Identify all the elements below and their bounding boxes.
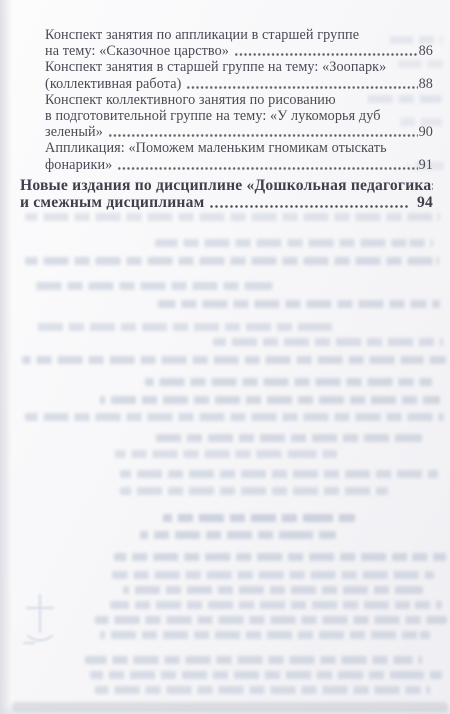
toc-entry-lastline: (коллективная работа) 88 (45, 76, 433, 92)
book-page: Конспект занятия по аппликации в старшей… (0, 0, 450, 714)
ghost-text-line (100, 631, 430, 639)
dotted-leader (186, 76, 417, 92)
page-number: 86 (419, 43, 433, 59)
ghost-text-line (120, 470, 438, 478)
ghost-text-line (155, 239, 433, 247)
toc-entry-text: Конспект занятия по аппликации в старшей… (45, 27, 433, 43)
toc-entry: Аппликация: «Поможем маленьким гномикам … (45, 140, 433, 172)
page-left-edge-shadow (0, 0, 12, 714)
toc-entry-lastline: фонарики» 91 (45, 157, 433, 173)
ghost-text-line (90, 671, 442, 679)
toc-entry-text: (коллективная работа) (45, 76, 181, 92)
ghost-text-line (25, 213, 440, 221)
ghost-text-line (150, 434, 422, 442)
ghost-text-line (22, 356, 446, 364)
toc-entry-lastline: на тему: «Сказочное царство» 86 (45, 43, 433, 59)
page-number: 94 (417, 195, 433, 212)
toc-entry-text: в подготовительной группе на тему: «У лу… (45, 108, 433, 124)
ghost-text-line (123, 586, 423, 594)
ghost-text-line (158, 300, 440, 308)
dotted-leader (108, 124, 418, 140)
ghost-text-line (25, 413, 444, 421)
ghost-text-line (33, 323, 333, 331)
toc-entry-text: Конспект занятия в старшей группе на тем… (45, 59, 433, 75)
ghost-text-line (110, 601, 442, 609)
ghost-text-line (25, 257, 439, 265)
table-of-contents: Конспект занятия по аппликации в старшей… (45, 27, 433, 212)
ghost-text-line (100, 396, 440, 404)
toc-entry-text: Конспект коллективного занятия по рисова… (45, 92, 433, 108)
ghost-text-line (213, 338, 443, 346)
toc-section-heading: Новые издания по дисциплине «Дошкольная … (20, 178, 433, 212)
ghost-text-line (114, 553, 446, 561)
ghost-text-line (115, 450, 337, 458)
ghost-text-line (112, 571, 434, 579)
page-bottom-edge-shadow (0, 706, 450, 714)
toc-section-text: Новые издания по дисциплине «Дошкольная … (20, 178, 433, 195)
ghost-text-line (95, 616, 447, 624)
ghost-text-line (95, 686, 430, 694)
ghost-text-line (85, 656, 422, 664)
toc-entry-text: фонарики» (45, 157, 112, 173)
ghost-text-line (140, 531, 336, 539)
ghost-text-line (163, 514, 355, 522)
dotted-leader (117, 157, 417, 173)
toc-entry: Конспект занятия по аппликации в старшей… (45, 27, 433, 59)
toc-entry-text: на тему: «Сказочное царство» (45, 43, 229, 59)
toc-entry-text: зеленый» (45, 124, 103, 140)
toc-entry: Конспект коллективного занятия по рисова… (45, 92, 433, 141)
dotted-leader (209, 195, 409, 212)
toc-section-text: и смежным дисциплинам (20, 195, 204, 212)
toc-entry-lastline: зеленый» 90 (45, 124, 433, 140)
ghost-text-line (35, 282, 277, 290)
toc-section-lastline: и смежным дисциплинам 94 (20, 195, 433, 212)
page-number: 90 (419, 124, 433, 140)
toc-entry-text: Аппликация: «Поможем маленьким гномикам … (45, 140, 433, 156)
ghost-text-line (145, 378, 432, 386)
toc-entry: Конспект занятия в старшей группе на тем… (45, 59, 433, 91)
dotted-leader (234, 43, 418, 59)
page-number: 91 (419, 157, 433, 173)
faint-ink-mark-icon (18, 590, 62, 648)
page-number: 88 (419, 76, 433, 92)
ghost-text-line (120, 487, 388, 495)
